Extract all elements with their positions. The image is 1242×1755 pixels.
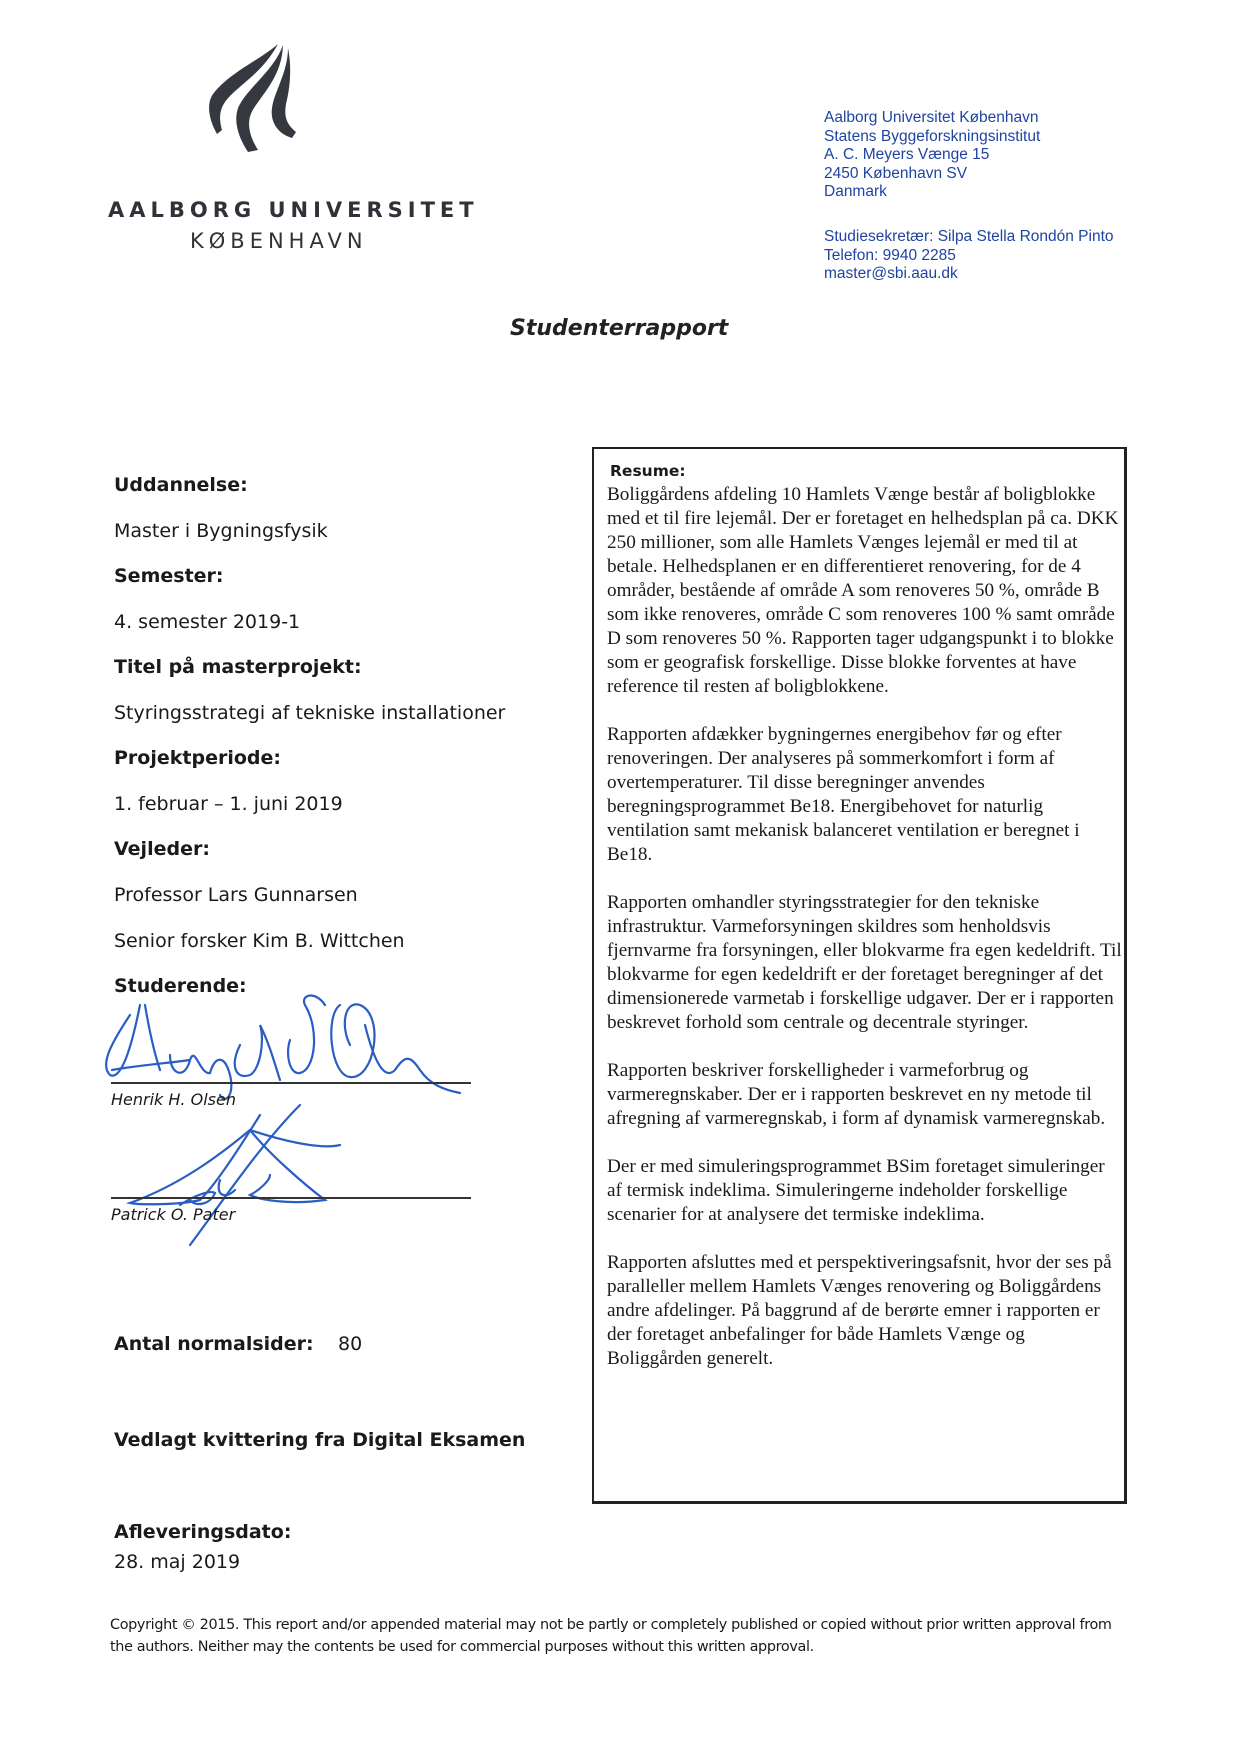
resume-paragraph: Boliggårdens afdeling 10 Hamlets Vænge b… xyxy=(607,483,1122,699)
address-line: Statens Byggeforskningsinstitut xyxy=(824,128,1040,147)
address-line: Aalborg Universitet København xyxy=(824,109,1040,128)
university-city: KØBENHAVN xyxy=(190,229,368,253)
pages-label: Antal normalsider: xyxy=(114,1333,314,1355)
education-label: Uddannelse: xyxy=(114,474,248,496)
period-value: 1. februar – 1. juni 2019 xyxy=(114,793,343,815)
supervisor-2: Senior forsker Kim B. Wittchen xyxy=(114,930,405,952)
delivery-label: Afleveringsdato: xyxy=(114,1521,291,1543)
resume-label: Resume: xyxy=(610,462,686,480)
delivery-value: 28. maj 2019 xyxy=(114,1551,240,1573)
email-link[interactable]: master@sbi.aau.dk xyxy=(824,265,1114,284)
address-line: A. C. Meyers Vænge 15 xyxy=(824,146,1040,165)
project-title-label: Titel på masterprojekt: xyxy=(114,656,362,678)
phone-line: Telefon: 9940 2285 xyxy=(824,247,1114,266)
student-2-name: Patrick O. Pater xyxy=(111,1205,235,1224)
education-value: Master i Bygningsfysik xyxy=(114,520,328,542)
pages-value: 80 xyxy=(338,1333,362,1355)
supervisor-1: Professor Lars Gunnarsen xyxy=(114,884,358,906)
contact-block: Studiesekretær: Silpa Stella Rondón Pint… xyxy=(824,228,1114,284)
secretary-line: Studiesekretær: Silpa Stella Rondón Pint… xyxy=(824,228,1114,247)
address-block: Aalborg Universitet København Statens By… xyxy=(824,109,1040,202)
period-label: Projektperiode: xyxy=(114,747,281,769)
signature-line xyxy=(111,1197,471,1199)
university-name: AALBORG UNIVERSITET xyxy=(108,198,479,222)
copyright-notice: Copyright © 2015. This report and/or app… xyxy=(110,1614,1120,1658)
address-line: 2450 København SV xyxy=(824,165,1040,184)
resume-paragraph: Rapporten afdækker bygningernes energibe… xyxy=(607,723,1122,867)
attachment-note: Vedlagt kvittering fra Digital Eksamen xyxy=(114,1429,525,1451)
semester-label: Semester: xyxy=(114,565,224,587)
resume-paragraph: Rapporten afsluttes med et perspektiveri… xyxy=(607,1251,1122,1371)
project-title-value: Styringsstrategi af tekniske installatio… xyxy=(114,702,505,724)
resume-paragraph: Der er med simuleringsprogrammet BSim fo… xyxy=(607,1155,1122,1227)
aau-flame-logo-icon xyxy=(200,42,310,152)
semester-value: 4. semester 2019-1 xyxy=(114,611,300,633)
page-title: Studenterrapport xyxy=(510,316,728,341)
resume-paragraph: Rapporten omhandler styringsstrategier f… xyxy=(607,891,1122,1035)
supervisor-label: Vejleder: xyxy=(114,838,210,860)
address-line: Danmark xyxy=(824,183,1040,202)
resume-paragraph: Rapporten beskriver forskelligheder i va… xyxy=(607,1059,1122,1131)
signature-line xyxy=(111,1082,471,1084)
resume-text: Boliggårdens afdeling 10 Hamlets Vænge b… xyxy=(607,483,1122,1395)
